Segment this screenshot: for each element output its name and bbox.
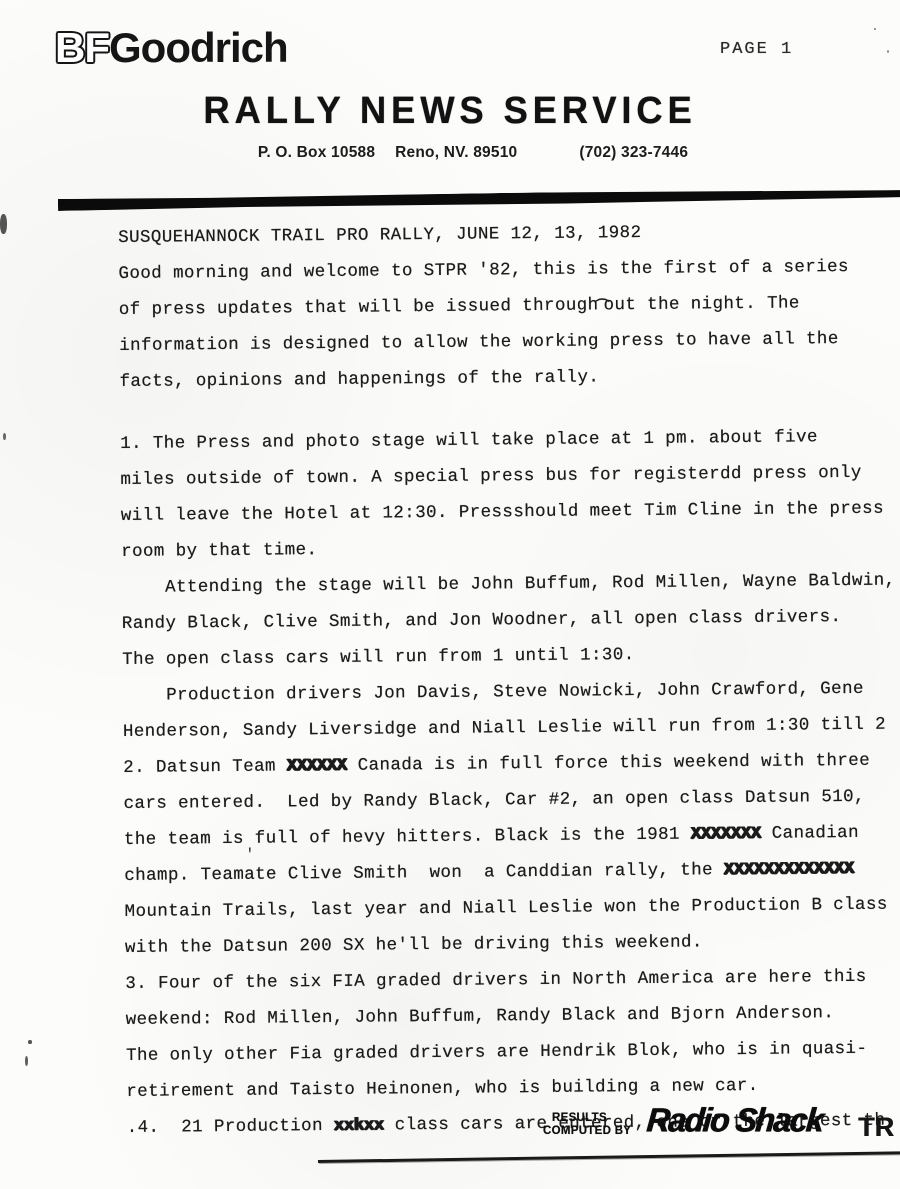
typed-body-text: SUSQUEHANNOCK TRAIL PRO RALLY, JUNE 12, … (118, 212, 900, 1146)
text-segment: weekend: Rod Millen, John Buffum, Randy … (126, 1003, 835, 1030)
text-segment: 3. Four of the six FIA graded drivers in… (125, 967, 866, 994)
text-segment: Production drivers Jon Davis, Steve Nowi… (122, 679, 863, 706)
text-segment: room by that time. (121, 540, 317, 562)
scan-artifact (0, 214, 7, 234)
proofreader-tie-mark: ( (583, 296, 619, 303)
text-segment: Canada is in full force this weekend wit… (347, 751, 870, 776)
bottom-rule-line (318, 1151, 900, 1163)
masthead-title: RALLY NEWS SERVICE (18, 90, 882, 133)
text-segment: 1. The Press and photo stage will take p… (120, 427, 818, 454)
text-segment: retirement and Taisto Heinonen, who is b… (126, 1076, 758, 1102)
results-computed-by-label: RESULTS COMPUTED BY (543, 1112, 631, 1138)
truncated-tr-text: TR (858, 1112, 894, 1143)
text-segment: Randy Black, Clive Smith, and Jon Woodne… (122, 607, 842, 634)
text-segment: The open class cars will run from 1 unti… (122, 645, 635, 670)
city-state-zip: Reno, NV. 89510 (395, 144, 517, 162)
struck-out-text: XXXXXXXXXXXXX (724, 859, 854, 880)
text-segment: information is designed to allow the wor… (119, 329, 839, 356)
scan-artifact (25, 1056, 28, 1066)
text-segment: SUSQUEHANNOCK TRAIL PRO RALLY, JUNE 12, … (118, 223, 641, 248)
page-number: PAGE 1 (720, 40, 793, 59)
text-segment: with the Datsun 200 SX he'll be driving … (125, 932, 703, 958)
bfgoodrich-logo: BFGoodrich (55, 24, 288, 72)
phone-number: (702) 323-7446 (579, 144, 688, 162)
text-segment: facts, opinions and happenings of the ra… (119, 367, 599, 392)
text-segment: of press updates that will be issued thr… (119, 295, 599, 320)
struck-out-text: XXXXXX (287, 756, 347, 777)
typed-text-line: will leave the Hotel at 12:30. Pressshou… (121, 490, 900, 534)
text-segment: miles outside of town. A special press b… (120, 463, 861, 490)
scan-artifact (887, 50, 889, 53)
scan-artifact (3, 433, 6, 440)
po-box: P. O. Box 10588 (258, 144, 375, 162)
struck-out-text: xxkxx (334, 1115, 384, 1135)
results-label-line1: RESULTS (543, 1112, 631, 1125)
typed-text-line: Mountain Trails, last year and Niall Les… (124, 886, 900, 930)
text-segment: 2. Datsun Team (123, 756, 287, 778)
text-segment: champ. Teamate Clive Smith won a Canddia… (124, 860, 724, 886)
scanned-press-release-page: BFGoodrich PAGE 1 RALLY NEWS SERVICE P. … (0, 0, 900, 1189)
text-segment: the team is full of hevy hitters. Black … (124, 825, 691, 850)
text-segment: .4. 21 Production (127, 1116, 334, 1138)
text-segment: Good morning and welcome to STPR '82, th… (118, 257, 849, 284)
text-segment: Attending the stage will be John Buffum,… (121, 571, 895, 598)
typed-text-line: The only other Fia graded drivers are He… (126, 1030, 900, 1074)
heavy-divider-bar (58, 187, 900, 211)
scan-artifact (874, 28, 876, 30)
text-segment: The only other Fia graded drivers are He… (126, 1039, 867, 1066)
stray-typewriter-mark: ' (245, 846, 255, 864)
typed-text-line: information is designed to allow the wor… (119, 320, 900, 364)
logo-bf-outline: BF (55, 24, 109, 71)
scan-artifact (28, 1040, 32, 1044)
logo-goodrich: Goodrich (109, 24, 288, 71)
text-segment: Mountain Trails, last year and Niall Les… (125, 895, 888, 922)
body-lines: SUSQUEHANNOCK TRAIL PRO RALLY, JUNE 12, … (118, 212, 900, 1146)
results-label-line2: COMPUTED BY (543, 1125, 631, 1138)
text-segment: Canadian (761, 823, 859, 844)
struck-out-text: XXXXXXX (691, 824, 761, 845)
typed-text-line: Randy Black, Clive Smith, and Jon Woodne… (122, 598, 900, 642)
text-segment: will leave the Hotel at 12:30. Pressshou… (121, 499, 884, 526)
radio-shack-logo: Radio Shack (645, 1101, 824, 1140)
masthead-address: P. O. Box 10588 Reno, NV. 89510 (702) 32… (0, 144, 900, 162)
text-segment: Henderson, Sandy Liversidge and Niall Le… (123, 715, 886, 742)
text-segment: cars entered. Led by Randy Black, Car #2… (124, 787, 865, 814)
text-segment: out the night. The (603, 293, 799, 315)
